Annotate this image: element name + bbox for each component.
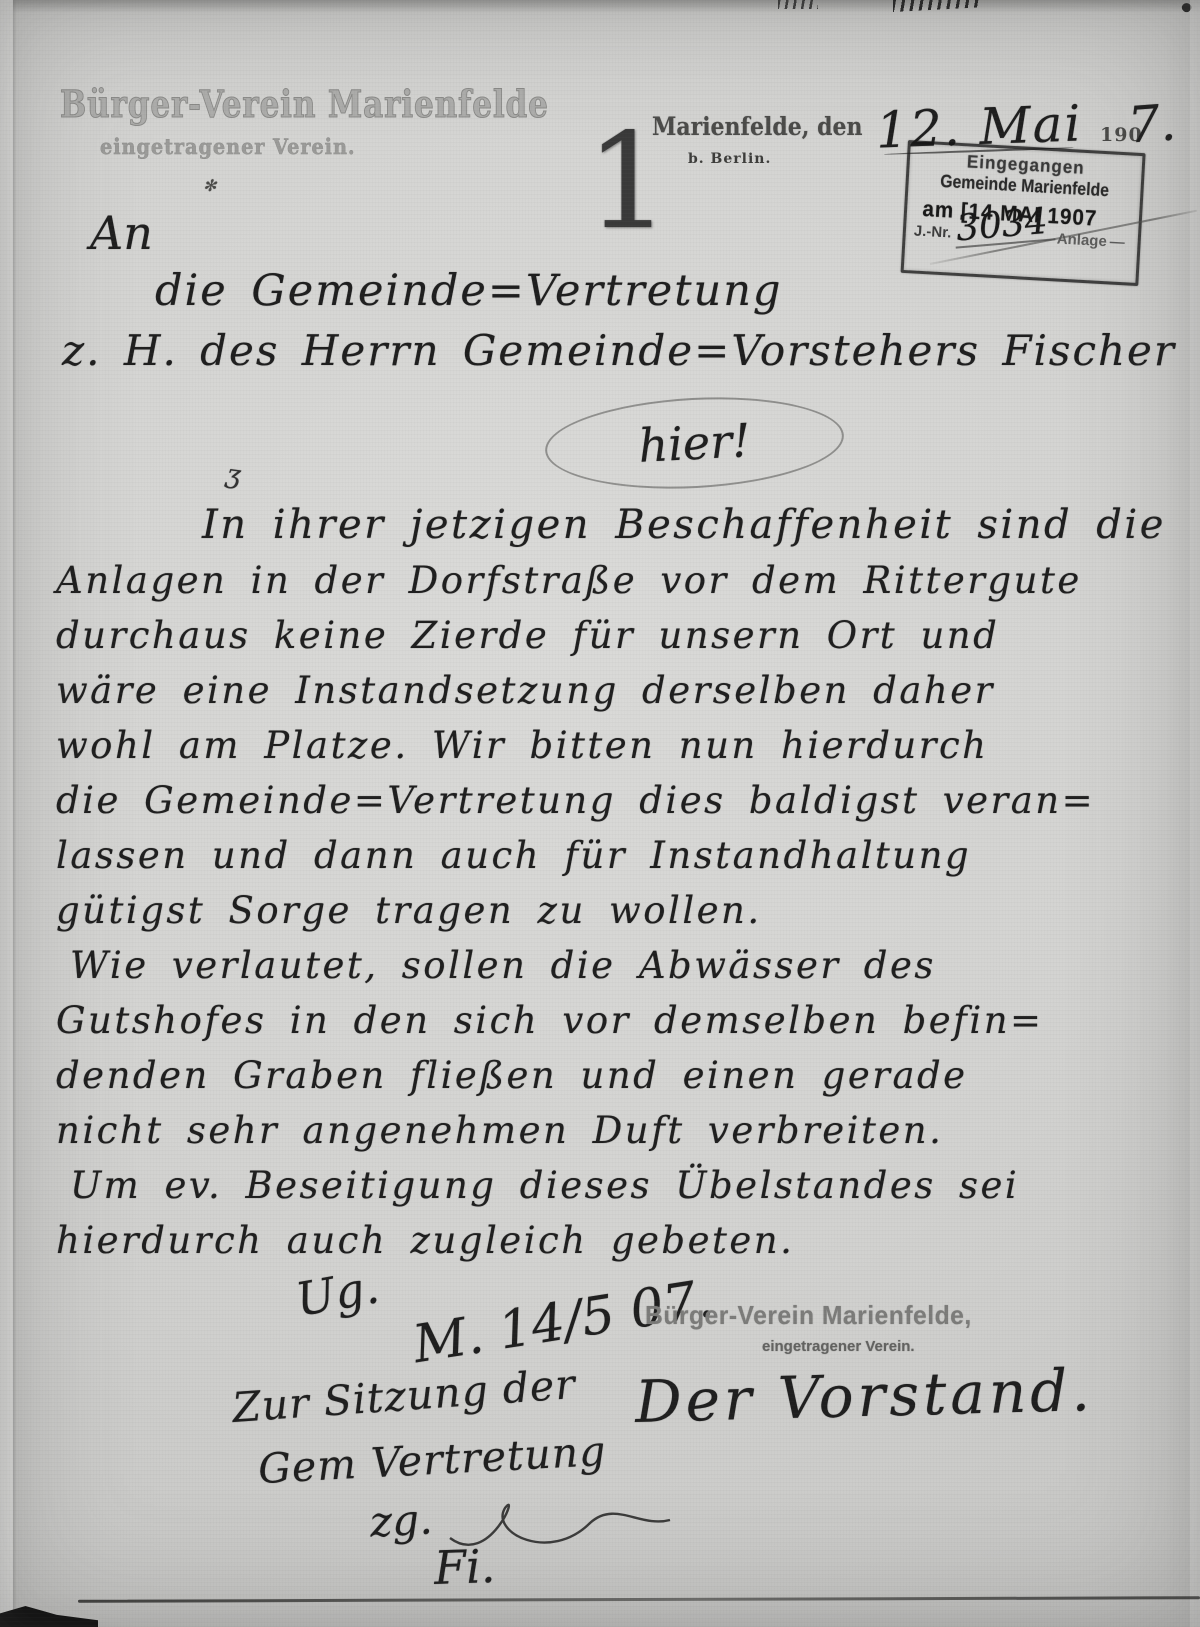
body-line: In ihrer jetzigen Beschaffenheit sind di… xyxy=(56,498,1178,553)
stamp-line-journal-number: J.-Nr. 3034 Anlage — xyxy=(905,222,1138,252)
body-line: Wie verlautet, sollen die Abwässer des xyxy=(56,938,1178,993)
page-left-edge xyxy=(0,0,13,1627)
stamp-jnr-label: J.-Nr. xyxy=(913,222,951,241)
address-attention-line: z. H. des Herrn Gemeinde=Vorstehers Fisc… xyxy=(62,326,1176,375)
signature-der-vorstand: Der Vorstand. xyxy=(634,1356,1094,1436)
letter-body: In ihrer jetzigen Beschaffenheit sind di… xyxy=(56,498,1178,1268)
body-line: wohl am Platze. Wir bitten nun hierdurch xyxy=(56,718,1178,773)
handwritten-year-digit: 7. xyxy=(1126,93,1178,154)
body-line: wäre eine Instandsetzung derselben daher xyxy=(56,663,1178,718)
body-line: gütigst Sorge tragen zu wollen. xyxy=(56,883,1178,938)
dateline-near-berlin-printed: b. Berlin. xyxy=(688,151,771,167)
page-top-edge-shadow xyxy=(0,0,1200,13)
body-line: Gutshofes in den sich vor demselben befi… xyxy=(56,993,1178,1048)
ink-insertion-mark: ʒ xyxy=(224,459,243,491)
docket-signature-initials: Fi. xyxy=(433,1539,496,1595)
stamp-anlage-dash: — xyxy=(1109,233,1125,251)
cropped-ink-fragment xyxy=(778,0,818,9)
address-recipient: die Gemeinde=Vertretung xyxy=(155,266,782,316)
scan-background-corner xyxy=(0,1606,98,1627)
location-circle: hier! xyxy=(543,390,846,496)
received-stamp-box: Eingegangen Gemeinde Marienfelde am [14 … xyxy=(901,140,1146,286)
body-line: Um ev. Beseitigung dieses Übelstandes se… xyxy=(56,1158,1178,1213)
body-line: denden Graben fließen und einen gerade xyxy=(56,1048,1178,1103)
docket-initials: Ug. xyxy=(292,1259,383,1327)
docket-note-line: Zur Sitzung der xyxy=(231,1360,578,1432)
letterhead-org-name: Bürger-Verein Marienfelde xyxy=(60,82,549,126)
body-line: Anlagen in der Dorfstraße vor dem Ritter… xyxy=(56,553,1178,608)
dateline-place-printed: Marienfelde, den xyxy=(652,112,862,141)
body-line: nicht sehr angenehmen Duft verbreiten. xyxy=(56,1103,1178,1158)
scanned-letter-page: Bürger-Verein Marienfelde eingetragener … xyxy=(0,0,1200,1627)
signature-stamp-org: Bürger-Verein Marienfelde, xyxy=(645,1300,972,1331)
address-location: hier! xyxy=(637,413,752,473)
body-line: hierdurch auch zugleich gebeten. xyxy=(56,1213,1178,1268)
body-line: lassen und dann auch für Instandhaltung xyxy=(56,828,1178,883)
page-right-edge xyxy=(1190,0,1200,1627)
address-salutation: An xyxy=(90,206,153,260)
docket-abbreviation: zg. xyxy=(369,1494,434,1546)
letterhead-subtitle: eingetragener Verein. xyxy=(100,134,356,159)
ink-ornament-mark: ✻ xyxy=(203,176,216,195)
page-bottom-edge-line xyxy=(78,1596,1200,1603)
body-line: die Gemeinde=Vertretung dies baldigst ve… xyxy=(56,773,1178,828)
body-line: durchaus keine Zierde für unsern Ort und xyxy=(56,608,1178,663)
signature-stamp-subtitle: eingetragener Verein. xyxy=(762,1338,915,1355)
